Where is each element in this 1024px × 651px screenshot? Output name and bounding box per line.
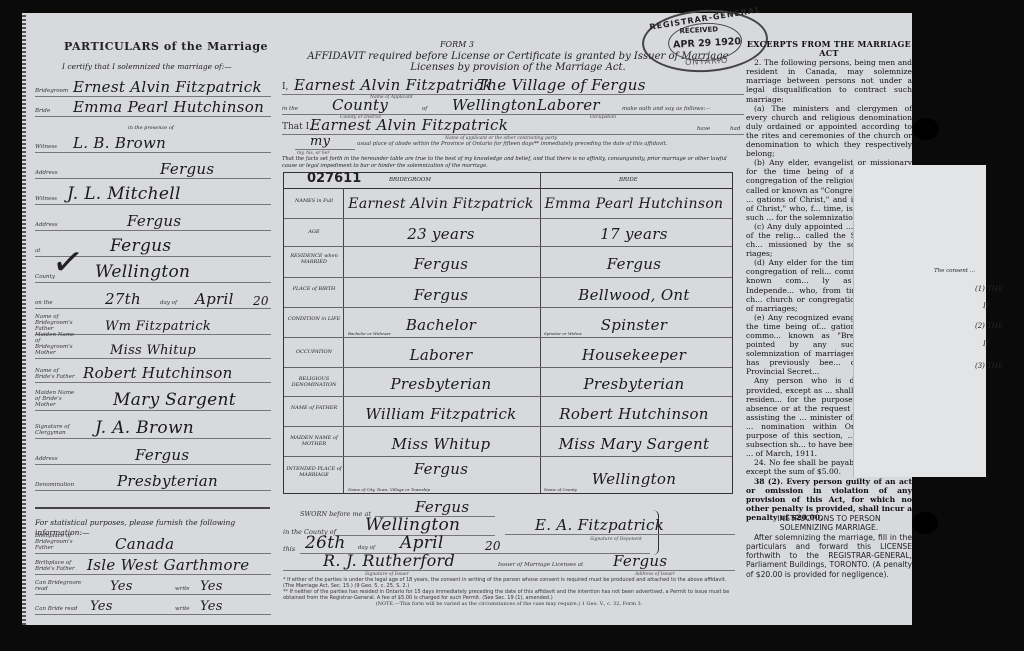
field-label: on the (35, 300, 75, 306)
punch-hole (913, 118, 939, 140)
row-label: RESIDENCE when MARRIED (284, 253, 344, 265)
excerpt-paragraph: (a) The ministers and clergymen of every… (746, 104, 912, 159)
field-label: Signature of Clergyman (35, 424, 75, 436)
table-row: PLACE of BIRTH Fergus Bellwood, Ont (284, 277, 732, 308)
field-label: Can Bridegroom read (35, 580, 95, 592)
field-value: Fergus (135, 446, 189, 464)
county-value: Wellington (452, 96, 536, 114)
date-year: 20 (253, 294, 269, 308)
field-value: Wm Fitzpatrick (105, 319, 211, 334)
footnote: ** If neither of the parties has resided… (283, 589, 735, 601)
excerpts-heading: EXCERPTS FROM THE MARRIAGE ACT (746, 40, 912, 58)
instructions-heading: INSTRUCTIONS TO PERSON (746, 514, 912, 523)
deponent-signature: E. A. Fitzpatrick (535, 516, 664, 534)
table-row: RELIGIOUS DENOMINATION Presbyterian Pres… (284, 367, 732, 397)
bride-value: Fergus (539, 255, 729, 273)
instructions-body: After solemnizing the marriage, fill in … (746, 533, 912, 579)
field-bride: Bride Emma Pearl Hutchinson (35, 98, 271, 117)
serial-number: 027611 (307, 171, 361, 186)
certify-text: I certify that I solemnized the marriage… (62, 62, 232, 71)
label: of (422, 106, 427, 112)
field-label: Birthplace of Bride's Father (35, 560, 75, 572)
field-value: Mary Sargent (113, 390, 236, 410)
field-value: Robert Hutchinson (83, 364, 233, 382)
field-witness-2: Witness J. L. Mitchell (35, 186, 271, 205)
field-label: Can Bride read (35, 606, 85, 612)
label: this (283, 545, 295, 553)
groom-value: Fergus (346, 255, 536, 273)
abode-line: my (295, 133, 355, 150)
sworn-place: Fergus (415, 498, 469, 516)
field-value: L. B. Brown (73, 134, 166, 152)
issuer-line: R. J. Rutherford Issuer of Marriage Lice… (283, 554, 735, 571)
groom-value: William Fitzpatrick (346, 405, 536, 423)
table-header: 027611 BRIDEGROOM BRIDE (284, 173, 732, 189)
groom-value: Presbyterian (346, 375, 536, 393)
bride-value: Housekeeper (539, 346, 729, 364)
field-value: Emma Pearl Hutchinson (73, 98, 264, 116)
sworn-label: SWORN before me at (300, 510, 371, 518)
form-number: FORM 3 (440, 40, 474, 49)
field-value: J. L. Mitchell (67, 184, 181, 204)
field-label: Address (35, 222, 75, 228)
bride-value: Robert Hutchinson (539, 405, 729, 423)
date-month: April (195, 290, 234, 308)
field-label: Name of Bridegroom's Father (35, 314, 75, 332)
field-label: Address (35, 170, 75, 176)
checkmark-icon: ✓ (49, 238, 87, 286)
applicant-line: I, Earnest Alvin Fitzpatrick The Village… (282, 78, 744, 95)
sublabel: Signature of Deponent (590, 537, 642, 542)
instructions: INSTRUCTIONS TO PERSON SOLEMNIZING MARRI… (746, 514, 912, 579)
field-value: Miss Whitup (110, 343, 196, 358)
column-bride: BRIDE (619, 177, 638, 183)
field-label: write (175, 606, 195, 612)
field-address-2: Address Fergus (35, 212, 271, 231)
label: Issuer of Marriage Licenses at (498, 562, 583, 568)
field-value: Fergus (127, 212, 181, 230)
bride-value: Presbyterian (539, 375, 729, 393)
field-groom-literacy: Can Bridegroom read Yes write Yes (35, 576, 271, 595)
field-address-1: Address Fergus (35, 160, 271, 179)
consent-item: (3) THE (975, 362, 1003, 370)
row-label: CONDITION in LIFE (284, 316, 344, 322)
row-label: INTENDED PLACE of MARRIAGE (284, 466, 344, 478)
table-row: OCCUPATION Laborer Housekeeper (284, 337, 732, 368)
field-label: day of (160, 300, 200, 306)
instructions-heading: SOLEMNIZING MARRIAGE. (746, 523, 912, 532)
table-row: CONDITION in LIFE Bachelor or Widower Ba… (284, 307, 732, 338)
footnote: (NOTE.—This form will be varied as the c… (283, 601, 735, 607)
field-value: Canada (115, 535, 174, 553)
applicant-prefix: I, (282, 82, 288, 92)
footnote: * If either of the parties is under the … (283, 577, 735, 589)
field-value: J. A. Brown (95, 418, 194, 438)
section-divider (35, 507, 270, 509)
abode-value: my (310, 134, 330, 149)
overlapping-sheet (853, 165, 986, 477)
row-label: RELIGIOUS DENOMINATION (284, 376, 344, 388)
in-presence-of-label: in the presence of (128, 125, 174, 131)
field-label: Address (35, 456, 75, 462)
bride-value: Spinster (539, 316, 729, 334)
groom-value: Fergus (346, 286, 536, 304)
consent-item: (2) THE (975, 322, 1003, 330)
footnotes: * If either of the parties is under the … (283, 577, 735, 607)
field-label: Witness (35, 144, 75, 150)
field-bride-mother: Maiden Name of Bride's Mother Mary Sarge… (35, 392, 271, 411)
field-label: Name of Bride's Father (35, 368, 75, 380)
bride-value: Bellwood, Ont (539, 286, 729, 304)
field-label: Bride (35, 108, 75, 114)
bride-value: Wellington (539, 470, 729, 488)
consent-item: (1) THE (975, 285, 1003, 293)
date-day: 27th (105, 290, 141, 308)
affidavit-paragraph: That the facts set forth in the hereunde… (282, 156, 742, 170)
field-value: Ernest Alvin Fitzpatrick (73, 78, 262, 96)
row-label: NAMES in Full (284, 198, 344, 204)
field-bride-father: Name of Bride's Father Robert Hutchinson (35, 364, 271, 383)
write-value: Yes (200, 579, 223, 594)
field-date: on the 27th day of April 20 (35, 290, 271, 309)
sworn-county: Wellington (365, 515, 460, 535)
groom-value: Bachelor (346, 316, 536, 334)
issuer-place: Fergus (613, 552, 667, 570)
row-label: AGE (284, 229, 344, 235)
field-clergyman-address: Address Fergus (35, 446, 271, 465)
field-bridegroom: Bridegroom Ernest Alvin Fitzpatrick (35, 78, 271, 97)
field-label: Denomination (35, 482, 75, 488)
field-witness-1: Witness L. B. Brown (35, 134, 271, 153)
row-label: MAIDEN NAME of MOTHER (284, 435, 344, 447)
bride-value: 17 years (539, 225, 729, 243)
occupation-value: Laborer (537, 96, 600, 114)
groom-value: Earnest Alvin Fitzpatrick (346, 196, 536, 212)
sworn-year: 20 (485, 539, 501, 553)
field-bride-father-birthplace: Birthplace of Bride's Father Isle West G… (35, 556, 271, 575)
field-clergyman-signature: Signature of Clergyman J. A. Brown (35, 420, 271, 439)
label: make oath and say as follows:— (622, 106, 711, 112)
that-name: Earnest Alvin Fitzpatrick (310, 116, 508, 134)
groom-value: Laborer (346, 346, 536, 364)
sublabel: Name of City, Town, Village or Township (348, 487, 430, 492)
groom-value: Fergus (346, 460, 536, 478)
field-value: Wellington (95, 262, 190, 282)
field-label: Birthplace of Bridegroom's Father (35, 533, 75, 551)
abode-text: usual place of abode within the Province… (357, 141, 667, 147)
field-value: Presbyterian (117, 472, 218, 490)
field-value: Fergus (110, 236, 171, 256)
field-label: Bridegroom (35, 88, 75, 94)
row-label: NAME of FATHER (284, 405, 344, 411)
punch-hole (912, 512, 938, 534)
consent-label: The consent ... (934, 268, 975, 274)
row-label: PLACE of BIRTH (284, 286, 344, 292)
groom-value: Miss Whitup (346, 435, 536, 453)
bride-value: Emma Pearl Hutchinson (539, 196, 729, 212)
table-row: NAMES in Full Earnest Alvin Fitzpatrick … (284, 188, 732, 219)
table-row: INTENDED PLACE of MARRIAGE Name of City,… (284, 456, 732, 493)
sworn-day: 26th (305, 533, 346, 553)
excerpt-paragraph: 2. The following persons, being men and … (746, 58, 912, 103)
bride-value: Miss Mary Sargent (539, 435, 729, 453)
field-groom-father-birthplace: Birthplace of Bridegroom's Father Canada (35, 535, 271, 554)
column-bridegroom: BRIDEGROOM (389, 177, 431, 183)
table-row: RESIDENCE when MARRIED Fergus Fergus (284, 246, 732, 278)
field-denomination: Denomination Presbyterian (35, 472, 271, 491)
deponent-signature-line: E. A. Fitzpatrick (505, 518, 735, 535)
field-label: Maiden Name of Bride's Mother (35, 390, 75, 408)
write-value: Yes (200, 599, 223, 614)
table-row: MAIDEN NAME of MOTHER Miss Whitup Miss M… (284, 426, 732, 457)
groom-value: 23 years (346, 225, 536, 243)
label: have (697, 126, 710, 132)
consent-item: If (983, 340, 988, 348)
issuer-signature: R. J. Rutherford (323, 551, 455, 570)
consent-item: If (983, 302, 988, 310)
table-row: AGE 23 years 17 years (284, 218, 732, 247)
particulars-table: 027611 BRIDEGROOM BRIDE NAMES in Full Ea… (283, 172, 733, 494)
field-label: write (175, 586, 195, 592)
applicant-name: Earnest Alvin Fitzpatrick (294, 76, 492, 94)
field-bride-literacy: Can Bride read Yes write Yes (35, 596, 271, 615)
field-value: Fergus (160, 160, 214, 178)
field-label: Maiden Name of Bridegroom's Mother (35, 332, 75, 356)
table-row: NAME of FATHER William Fitzpatrick Rober… (284, 396, 732, 427)
county-line: in the County of Wellington Laborer make… (282, 98, 744, 115)
particulars-title: PARTICULARS of the Marriage (64, 40, 268, 53)
applicant-place: The Village of Fergus (477, 76, 646, 94)
row-label: OCCUPATION (284, 349, 344, 355)
label: in the (282, 106, 298, 112)
scan-background (912, 0, 985, 165)
label: That I, (282, 122, 312, 132)
read-value: Yes (110, 579, 133, 594)
stamp-bottom-text: ONTARIO (685, 56, 729, 67)
sworn-month: April (400, 533, 444, 553)
read-value: Yes (90, 599, 113, 614)
label: had (730, 126, 740, 132)
field-groom-mother: Maiden Name of Bridegroom's Mother Miss … (35, 340, 271, 359)
field-value: Isle West Garthmore (87, 556, 249, 574)
county-or-district: County (332, 96, 388, 114)
